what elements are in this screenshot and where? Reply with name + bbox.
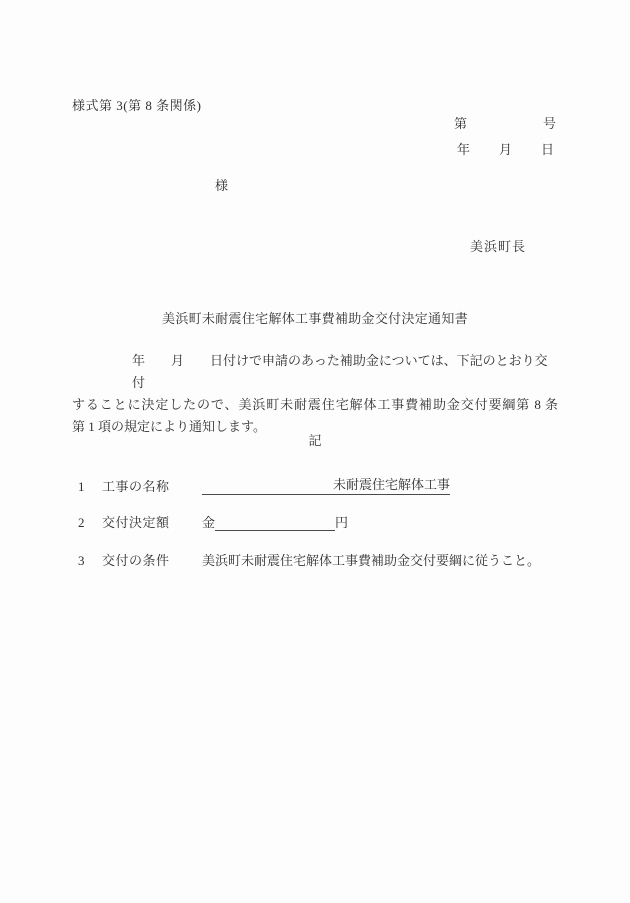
item-row-grant-amount: 2 交付決定額 金 円 bbox=[78, 512, 570, 531]
conditions-text: 美浜町未耐震住宅解体工事費補助金交付要綱に従うこと。 bbox=[202, 550, 540, 569]
item-row-grant-conditions: 3 交付の条件 美浜町未耐震住宅解体工事費補助金交付要綱に従うこと。 bbox=[78, 550, 570, 569]
date-month-label: 月 bbox=[499, 139, 512, 158]
item-value: 未耐震住宅解体工事 bbox=[202, 474, 450, 495]
doc-number-line: 第 号 bbox=[0, 113, 556, 132]
item-number: 2 bbox=[78, 515, 102, 531]
item-label: 交付の条件 bbox=[102, 550, 202, 569]
sender-title: 美浜町長 bbox=[470, 236, 526, 255]
work-name-underline-field: 未耐震住宅解体工事 bbox=[202, 474, 450, 495]
body-paragraph: 年 月 日付けで申請のあった補助金については、下記のとおり交付 することに決定し… bbox=[72, 350, 558, 438]
date-year-label: 年 bbox=[457, 139, 470, 158]
item-label: 工事の名称 bbox=[102, 476, 202, 495]
date-day-label: 日 bbox=[541, 139, 554, 158]
doc-number-prefix: 第 bbox=[454, 113, 467, 132]
item-label: 交付決定額 bbox=[102, 512, 202, 531]
body-line-2: することに決定したので、美浜町未耐震住宅解体工事費補助金交付要綱第 8 条 bbox=[72, 394, 558, 416]
section-marker-ki: 記 bbox=[0, 430, 630, 449]
document-page: 様式第 3(第 8 条関係) 第 号 年 月 日 様 美浜町長 美浜町未耐震住宅… bbox=[0, 0, 630, 903]
work-name-text: 未耐震住宅解体工事 bbox=[333, 474, 450, 493]
item-number: 1 bbox=[78, 479, 102, 495]
amount-prefix: 金 bbox=[202, 512, 215, 531]
form-number: 様式第 3(第 8 条関係) bbox=[72, 95, 201, 114]
amount-suffix: 円 bbox=[335, 512, 348, 531]
amount-blank-field bbox=[215, 515, 335, 531]
doc-number-suffix: 号 bbox=[543, 113, 556, 132]
item-value: 金 円 bbox=[202, 512, 348, 531]
item-row-work-name: 1 工事の名称 未耐震住宅解体工事 bbox=[78, 474, 570, 495]
date-line: 年 月 日 bbox=[0, 139, 554, 158]
document-title: 美浜町未耐震住宅解体工事費補助金交付決定通知書 bbox=[0, 308, 630, 327]
addressee-honorific: 様 bbox=[215, 175, 228, 194]
body-line-1: 年 月 日付けで申請のあった補助金については、下記のとおり交付 bbox=[72, 350, 558, 394]
item-number: 3 bbox=[78, 553, 102, 569]
